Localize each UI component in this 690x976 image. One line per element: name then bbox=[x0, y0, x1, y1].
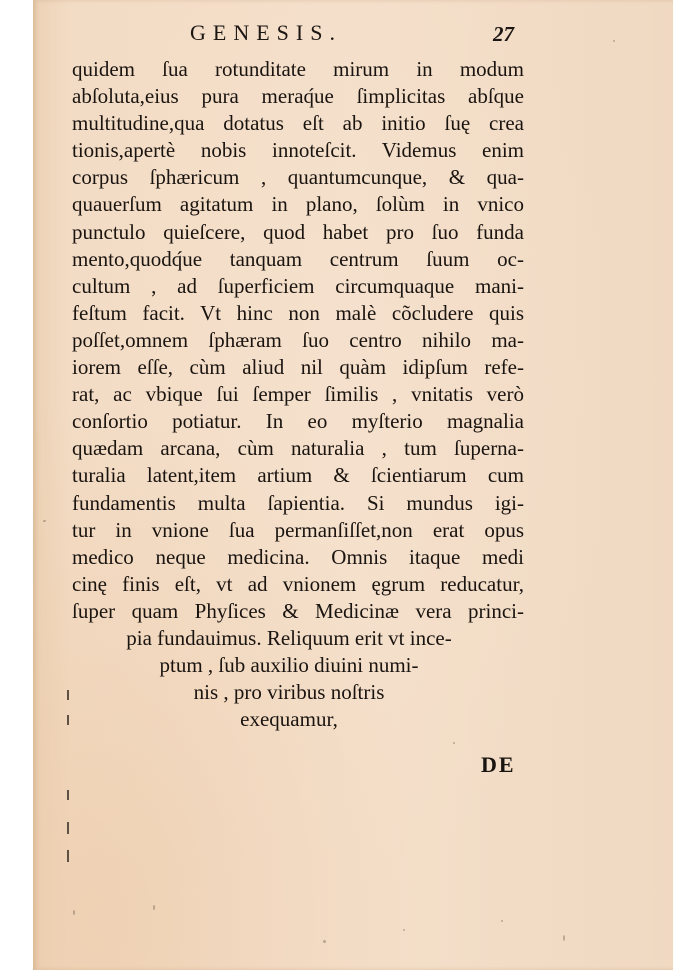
text-line: quidem ſua rotunditate mirum in modum bbox=[72, 56, 524, 83]
text-line: tionis,apertè nobis innoteſcit. Videmus … bbox=[72, 137, 524, 164]
paper-speck bbox=[43, 520, 46, 522]
margin-mark bbox=[67, 850, 69, 862]
running-head: GENESIS. bbox=[190, 20, 342, 46]
text-line: punctulo quieſcere, quod habet pro ſuo f… bbox=[72, 219, 524, 246]
paper-speck bbox=[563, 935, 565, 941]
margin-mark bbox=[67, 690, 69, 700]
page-number: 27 bbox=[493, 22, 514, 47]
text-line: cinę finis eſt, vt ad vnionem ęgrum redu… bbox=[72, 571, 524, 598]
text-line: poſſet,omnem ſphæram ſuo centro nihilo m… bbox=[72, 327, 524, 354]
text-line: fundamentis multa ſapientia. Si mundus i… bbox=[72, 490, 524, 517]
text-line: feſtum facit. Vt hinc non malè cõcludere… bbox=[72, 300, 524, 327]
text-line: conſortio potiatur. In eo myſterio magna… bbox=[72, 408, 524, 435]
text-line: ſuper quam Phyſices & Medicinæ vera prin… bbox=[72, 598, 524, 625]
text-line: iorem eſſe, cùm aliud nil quàm idipſum r… bbox=[72, 354, 524, 381]
paper-speck bbox=[613, 40, 615, 42]
text-line: quauerſum agitatum in plano, ſolùm in vn… bbox=[72, 191, 524, 218]
text-line-centered: pia fundauimus. Reliquum erit vt ince- bbox=[72, 625, 524, 652]
text-line: multitudine,qua dotatus eſt ab initio ſu… bbox=[72, 110, 524, 137]
paper-speck bbox=[323, 940, 326, 943]
text-line: abſoluta,eius pura meraq́ue ſimplicitas … bbox=[72, 83, 524, 110]
paper-speck bbox=[73, 910, 75, 915]
margin-mark bbox=[67, 790, 69, 800]
text-line: tur in vnione ſua permanſiſſet,non erat … bbox=[72, 517, 524, 544]
margin-mark bbox=[67, 822, 69, 834]
text-line-centered: ptum , ſub auxilio diuini numi- bbox=[72, 652, 524, 679]
text-line: turalia latent,item artium & ſcientiarum… bbox=[72, 462, 524, 489]
text-line: medico neque medicina. Omnis itaque medi bbox=[72, 544, 524, 571]
paper-speck bbox=[501, 920, 503, 922]
paper-speck bbox=[153, 905, 155, 910]
text-line: mento,quodq́ue tanquam centrum ſuum oc- bbox=[72, 246, 524, 273]
paper-speck bbox=[403, 929, 405, 931]
margin-mark bbox=[67, 715, 69, 725]
catchword: DE bbox=[481, 752, 516, 778]
text-line-centered: exequamur, bbox=[72, 706, 524, 733]
text-line: rat, ac vbique ſui ſemper ſimilis , vnit… bbox=[72, 381, 524, 408]
text-line: quædam arcana, cùm naturalia , tum ſuper… bbox=[72, 435, 524, 462]
text-line: corpus ſphæricum , quantumcunque, & qua- bbox=[72, 164, 524, 191]
body-text: quidem ſua rotunditate mirum in modum ab… bbox=[72, 56, 524, 733]
text-line-centered: nis , pro viribus noſtris bbox=[72, 679, 524, 706]
text-line: cultum , ad ſuperficiem circumquaque man… bbox=[72, 273, 524, 300]
paper-speck bbox=[453, 742, 455, 744]
